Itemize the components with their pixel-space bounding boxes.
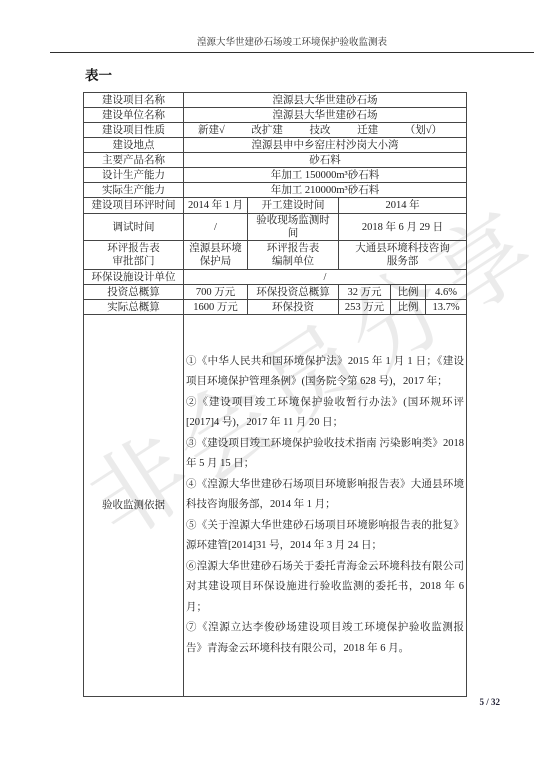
env-budget-label: 环保投资总概算	[248, 285, 339, 300]
basis-item-4: ④《湟源大华世建砂石场项目环境影响报告表》大通县环境科技咨询服务部，2014 年…	[186, 475, 464, 516]
monitoring-basis-content: ①《中华人民共和国环境保护法》2015 年 1 月 1 日；《建设项目环境保护管…	[184, 315, 467, 697]
eia-time-value: 2014 年 1 月	[184, 198, 248, 214]
basis-item-7: ⑦《湟源立达李俊砂场建设项目竣工环境保护验收监测报告》青海金云环境科技有限公司，…	[186, 618, 464, 659]
table-row: 验收监测依据 ①《中华人民共和国环境保护法》2015 年 1 月 1 日；《建设…	[84, 315, 467, 697]
page-header: 湟源大华世建砂石场竣工环境保护验收监测表	[50, 34, 534, 53]
project-name-value: 湟源县大华世建砂石场	[184, 93, 467, 108]
acceptance-monitoring-table: 建设项目名称 湟源县大华世建砂石场 建设单位名称 湟源县大华世建砂石场 建设项目…	[83, 92, 467, 697]
budget-value: 700 万元	[184, 285, 248, 300]
design-capacity-value: 年加工 150000m³砂石料	[184, 168, 467, 183]
report-approval-dept-value: 湟源县环境 保护局	[184, 241, 248, 270]
env-invest-value: 253 万元	[339, 300, 391, 315]
nature-option-tech: 技改	[309, 124, 330, 137]
location-value: 湟源县申中乡窑庄村沙岗大小湾	[184, 138, 467, 153]
debug-time-value: /	[184, 214, 248, 241]
design-unit-label: 环保设施设计单位	[84, 270, 184, 285]
table-row: 建设项目名称 湟源县大华世建砂石场	[84, 93, 467, 108]
budget-ratio-value: 4.6%	[426, 285, 467, 300]
nature-option-expand: 改扩建	[251, 124, 283, 137]
budget-label: 投资总概算	[84, 285, 184, 300]
eia-time-label: 建设项目环评时间	[84, 198, 184, 214]
location-label: 建设地点	[84, 138, 184, 153]
site-monitoring-time-label: 验收现场监测时 间	[248, 214, 339, 241]
nature-option-mark: （划√）	[405, 124, 442, 137]
basis-item-1: ①《中华人民共和国环境保护法》2015 年 1 月 1 日；《建设项目环境保护管…	[186, 352, 464, 393]
table-row: 实际生产能力 年加工 210000m³砂石料	[84, 183, 467, 198]
actual-capacity-value: 年加工 210000m³砂石料	[184, 183, 467, 198]
actual-ratio-value: 13.7%	[426, 300, 467, 315]
basis-item-3: ③《建设项目竣工环境保护验收技术指南 污染影响类》2018 年 5 月 15 日…	[186, 434, 464, 475]
budget-ratio-label: 比例	[391, 285, 426, 300]
report-compile-unit-label: 环评报告表 编制单位	[248, 241, 339, 270]
actual-budget-label: 实际总概算	[84, 300, 184, 315]
table-row: 主要产品名称 砂石料	[84, 153, 467, 168]
table-row: 建设地点 湟源县申中乡窑庄村沙岗大小湾	[84, 138, 467, 153]
table-row: 设计生产能力 年加工 150000m³砂石料	[84, 168, 467, 183]
actual-capacity-label: 实际生产能力	[84, 183, 184, 198]
table-row: 环评报告表 审批部门 湟源县环境 保护局 环评报告表 编制单位 大通县环境科技咨…	[84, 241, 467, 270]
report-compile-unit-value: 大通县环境科技咨询 服务部	[339, 241, 467, 270]
construction-start-label: 开工建设时间	[248, 198, 339, 214]
unit-name-label: 建设单位名称	[84, 108, 184, 123]
table-row: 实际总概算 1600 万元 环保投资 253 万元 比例 13.7%	[84, 300, 467, 315]
nature-option-new: 新建√	[198, 124, 225, 137]
unit-name-value: 湟源县大华世建砂石场	[184, 108, 467, 123]
basis-item-5: ⑤《关于湟源大华世建砂石场项目环境影响报告表的批复》源环建管[2014]31 号…	[186, 516, 464, 557]
project-nature-value: 新建√ 改扩建 技改 迁建 （划√）	[184, 123, 467, 138]
basis-item-6: ⑥湟源大华世建砂石场关于委托青海金云环境科技有限公司对其建设项目环保设施进行验收…	[186, 557, 464, 619]
table-row: 建设单位名称 湟源县大华世建砂石场	[84, 108, 467, 123]
basis-item-2: ②《建设项目竣工环境保护验收暂行办法》(国环规环评[2017]4 号)，2017…	[186, 393, 464, 434]
project-nature-label: 建设项目性质	[84, 123, 184, 138]
nature-option-relocate: 迁建	[357, 124, 378, 137]
monitoring-basis-label: 验收监测依据	[84, 315, 184, 697]
env-budget-value: 32 万元	[339, 285, 391, 300]
table-row: 投资总概算 700 万元 环保投资总概算 32 万元 比例 4.6%	[84, 285, 467, 300]
actual-budget-value: 1600 万元	[184, 300, 248, 315]
report-approval-dept-label: 环评报告表 审批部门	[84, 241, 184, 270]
debug-time-label: 调试时间	[84, 214, 184, 241]
table-row: 建设项目环评时间 2014 年 1 月 开工建设时间 2014 年	[84, 198, 467, 214]
project-name-label: 建设项目名称	[84, 93, 184, 108]
construction-start-value: 2014 年	[339, 198, 467, 214]
table-row: 调试时间 / 验收现场监测时 间 2018 年 6 月 29 日	[84, 214, 467, 241]
design-capacity-label: 设计生产能力	[84, 168, 184, 183]
page-header-title: 湟源大华世建砂石场竣工环境保护验收监测表	[197, 38, 387, 48]
document-page: { "page": { "header_title": "湟源大华世建砂石场竣工…	[0, 0, 540, 764]
actual-ratio-label: 比例	[391, 300, 426, 315]
page-number: 5 / 32	[479, 697, 500, 707]
site-monitoring-time-value: 2018 年 6 月 29 日	[339, 214, 467, 241]
env-invest-label: 环保投资	[248, 300, 339, 315]
table-row: 环保设施设计单位 /	[84, 270, 467, 285]
design-unit-value: /	[184, 270, 467, 285]
product-label: 主要产品名称	[84, 153, 184, 168]
product-value: 砂石料	[184, 153, 467, 168]
table-one-label: 表一	[85, 64, 112, 84]
table-row: 建设项目性质 新建√ 改扩建 技改 迁建 （划√）	[84, 123, 467, 138]
